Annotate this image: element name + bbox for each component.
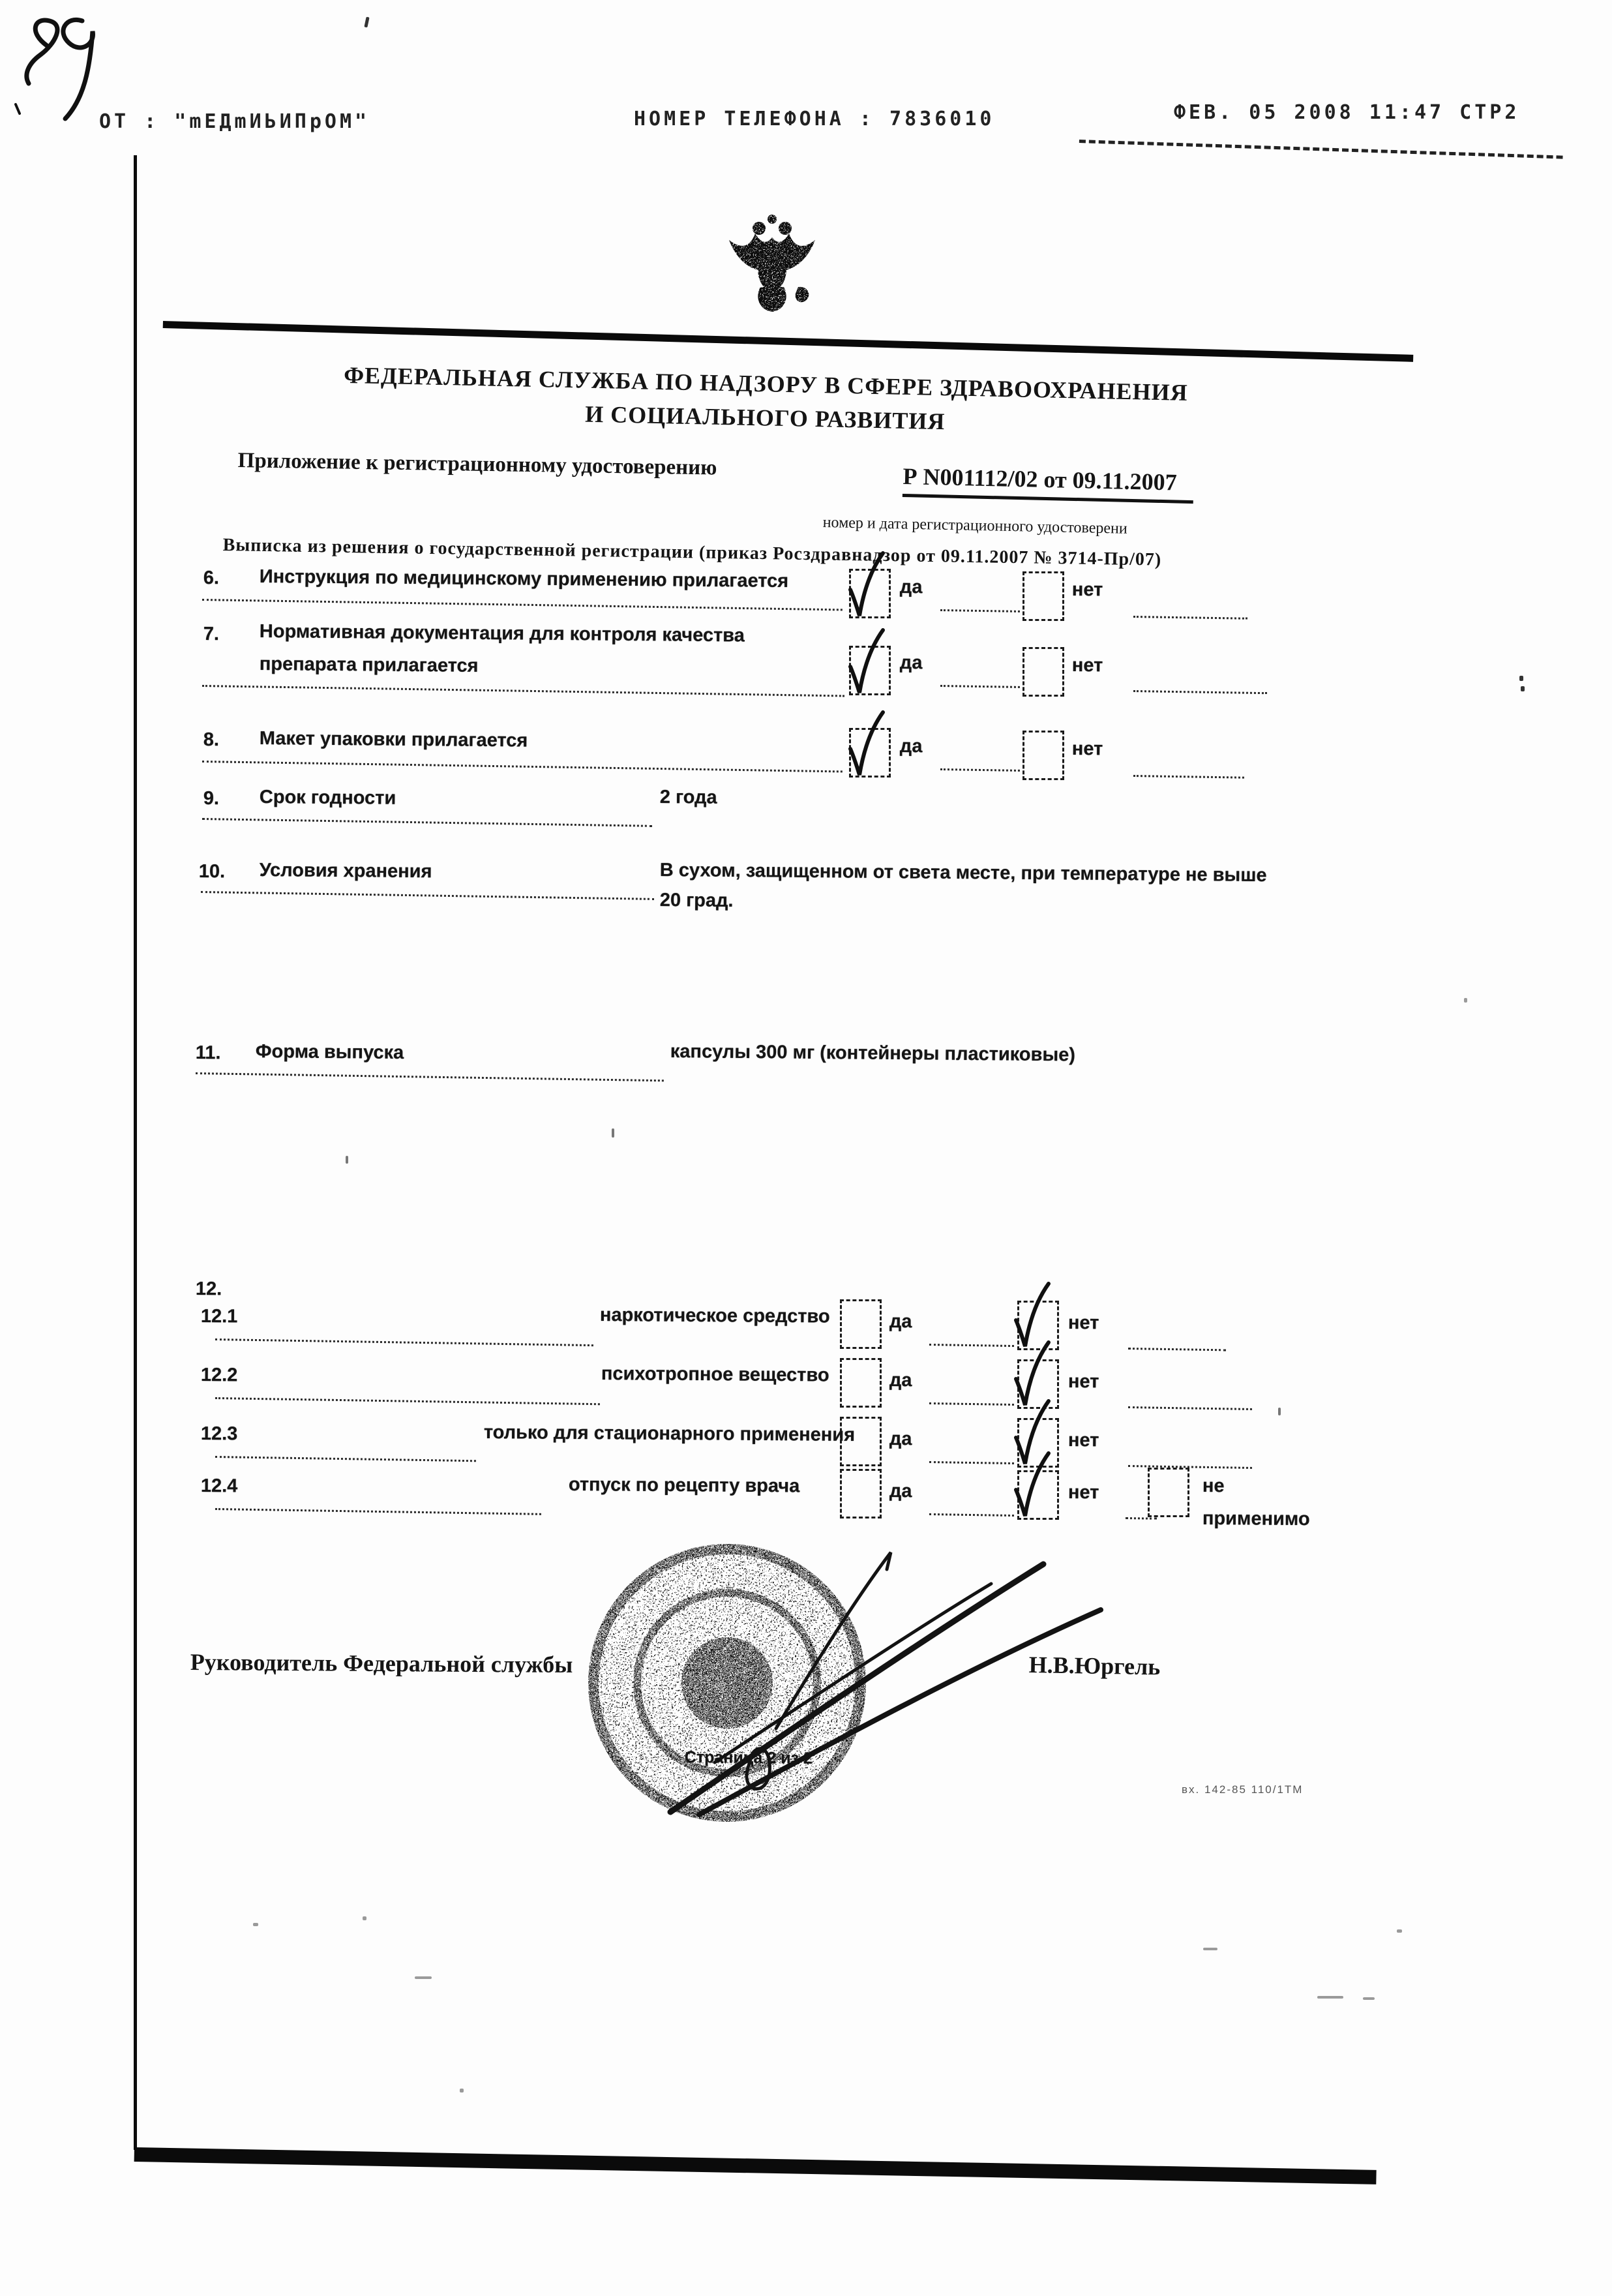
noise-speck — [1464, 998, 1467, 1003]
section-12-number: 12. — [196, 1278, 222, 1301]
page-note: Страница 2 из 2 — [685, 1748, 813, 1768]
noise-speck — [1397, 1929, 1402, 1933]
item-12-4-no-label: нет — [1068, 1482, 1099, 1504]
item-12-1-number: 12.1 — [201, 1306, 238, 1328]
item-7-yes-label: да — [900, 652, 923, 674]
dotted-leader — [1133, 616, 1247, 620]
agency-title: ФЕДЕРАЛЬНАЯ СЛУЖБА ПО НАДЗОРУ В СФЕРЕ ЗД… — [286, 360, 1246, 448]
noise-speck — [1203, 1948, 1217, 1950]
noise-speck — [460, 2089, 464, 2092]
item-7-label-line2: препарата прилагается — [260, 654, 479, 677]
item-12-1-yes-checkbox — [840, 1299, 882, 1349]
dotted-leader — [929, 1461, 1014, 1464]
dotted-leader — [940, 685, 1020, 688]
dotted-leader — [1128, 1465, 1252, 1469]
noise-speck — [612, 1128, 614, 1138]
dotted-leader — [215, 1338, 593, 1346]
item-12-3-no-label: нет — [1068, 1430, 1099, 1452]
item-8-number: 8. — [203, 729, 219, 751]
page-border-bottom — [134, 2147, 1377, 2184]
item-12-4-label: отпуск по рецепту врача — [569, 1474, 800, 1498]
noise-speck — [415, 1976, 432, 1979]
item-8-no-checkbox — [1022, 731, 1064, 780]
dotted-leader — [1128, 1406, 1252, 1410]
item-12-2-number: 12.2 — [201, 1365, 238, 1387]
dotted-leader — [1133, 690, 1267, 694]
item-12-2-yes-label: да — [889, 1370, 912, 1392]
item-9-label: Срок годности — [260, 787, 396, 809]
noise-speck — [1363, 1997, 1375, 2000]
ref-note: вх. 142-85 110/1ТМ — [1182, 1783, 1303, 1796]
item-8-no-label: нет — [1072, 738, 1103, 761]
item-12-3-number: 12.3 — [201, 1423, 238, 1445]
item-11-value: капсулы 300 мг (контейнеры пластиковые) — [670, 1041, 1075, 1066]
dotted-leader — [940, 768, 1020, 772]
coat-of-arms-icon — [721, 209, 823, 317]
item-9-value: 2 года — [660, 787, 717, 809]
item-10-number: 10. — [199, 861, 226, 883]
item-12-4-yes-checkbox — [840, 1469, 882, 1518]
checkmark-icon — [1011, 1449, 1056, 1522]
dotted-leader — [196, 1072, 664, 1081]
item-9-number: 9. — [203, 788, 219, 810]
dotted-leader — [215, 1397, 600, 1405]
dotted-leader — [202, 599, 843, 611]
checkmark-icon — [845, 549, 891, 622]
noise-speck — [364, 17, 369, 28]
item-7-label-line1: Нормативная документация для контроля ка… — [260, 621, 745, 647]
dotted-leader — [929, 1344, 1014, 1347]
noise-speck — [1521, 686, 1525, 691]
extract-line: Выписка из решения о государственной рег… — [222, 535, 1161, 571]
dotted-leader — [1133, 775, 1244, 779]
item-10-value-line1: В сухом, защищенном от света месте, при … — [660, 860, 1267, 886]
dotted-leader — [940, 609, 1020, 612]
checkmark-icon — [845, 626, 891, 699]
dotted-leader — [215, 1508, 541, 1515]
item-7-no-label: нет — [1072, 655, 1103, 677]
item-11-label: Форма выпуска — [256, 1041, 404, 1064]
item-12-4-na-label-line1: не — [1202, 1475, 1225, 1498]
item-8-label: Макет упаковки прилагается — [260, 728, 528, 752]
item-10-label: Условия хранения — [260, 860, 432, 883]
item-12-2-no-label: нет — [1068, 1371, 1099, 1393]
fax-dashed-line — [1079, 140, 1563, 159]
fax-phone-label: НОМЕР ТЕЛЕФОНА : 7836010 — [634, 108, 994, 131]
dotted-leader — [929, 1402, 1014, 1406]
dotted-leader — [202, 761, 843, 772]
fax-timestamp: ФЕВ. 05 2008 11:47 СТР2 — [1174, 102, 1519, 125]
dotted-leader — [1126, 1517, 1157, 1520]
item-12-4-na-checkbox — [1148, 1468, 1189, 1517]
item-10-value-line2: 20 град. — [660, 890, 734, 912]
item-8-yes-label: да — [900, 736, 923, 758]
item-12-1-no-label: нет — [1068, 1312, 1099, 1335]
item-6-label: Инструкция по медицинскому применению пр… — [260, 566, 789, 592]
signatory-name: Н.В.Юргель — [1028, 1652, 1160, 1681]
dotted-leader — [202, 818, 652, 827]
item-12-1-label: наркотическое средство — [600, 1305, 830, 1328]
item-6-no-checkbox — [1022, 571, 1064, 621]
noise-speck — [253, 1923, 258, 1926]
noise-speck — [1317, 1996, 1343, 1999]
signature-strokes — [652, 1533, 1135, 1826]
item-12-4-na-label-line2: применимо — [1202, 1508, 1310, 1530]
item-11-number: 11. — [196, 1042, 221, 1065]
fax-from-label: ОТ : "mЕДmИЬИПрОМ" — [99, 111, 370, 134]
item-12-3-label: только для стационарного применения — [484, 1422, 855, 1446]
header-divider-line — [163, 321, 1414, 362]
item-12-3-yes-checkbox — [840, 1417, 882, 1466]
item-12-1-yes-label: да — [889, 1311, 912, 1333]
page-border-left — [134, 155, 137, 2150]
dotted-leader — [201, 891, 654, 900]
registration-number: Р N001112/02 от 09.11.2007 — [903, 463, 1194, 504]
noise-speck — [1278, 1408, 1281, 1415]
item-12-4-yes-label: да — [889, 1481, 912, 1503]
dotted-leader — [1128, 1348, 1226, 1351]
checkmark-icon — [845, 708, 891, 781]
dotted-leader — [929, 1513, 1014, 1517]
item-6-number: 6. — [203, 567, 219, 590]
item-12-4-number: 12.4 — [201, 1475, 238, 1498]
item-12-2-yes-checkbox — [840, 1358, 882, 1408]
item-12-3-yes-label: да — [889, 1428, 912, 1451]
registration-number-caption: номер и дата регистрационного удостовере… — [822, 514, 1127, 538]
signatory-role: Руководитель Федеральной службы — [190, 1649, 573, 1678]
noise-speck — [363, 1916, 366, 1920]
noise-speck — [346, 1156, 348, 1164]
dotted-leader — [202, 685, 844, 697]
noise-speck — [1519, 676, 1523, 681]
item-7-number: 7. — [203, 624, 219, 646]
dotted-leader — [215, 1456, 476, 1462]
item-6-no-label: нет — [1072, 579, 1103, 601]
item-6-yes-label: да — [900, 577, 923, 599]
fax-document-page: ОТ : "mЕДmИЬИПрОМ" НОМЕР ТЕЛЕФОНА : 7836… — [0, 0, 1612, 2296]
item-7-no-checkbox — [1022, 647, 1064, 697]
appendix-label: Приложение к регистрационному удостовере… — [237, 449, 717, 481]
item-12-2-label: психотропное вещество — [601, 1363, 829, 1387]
